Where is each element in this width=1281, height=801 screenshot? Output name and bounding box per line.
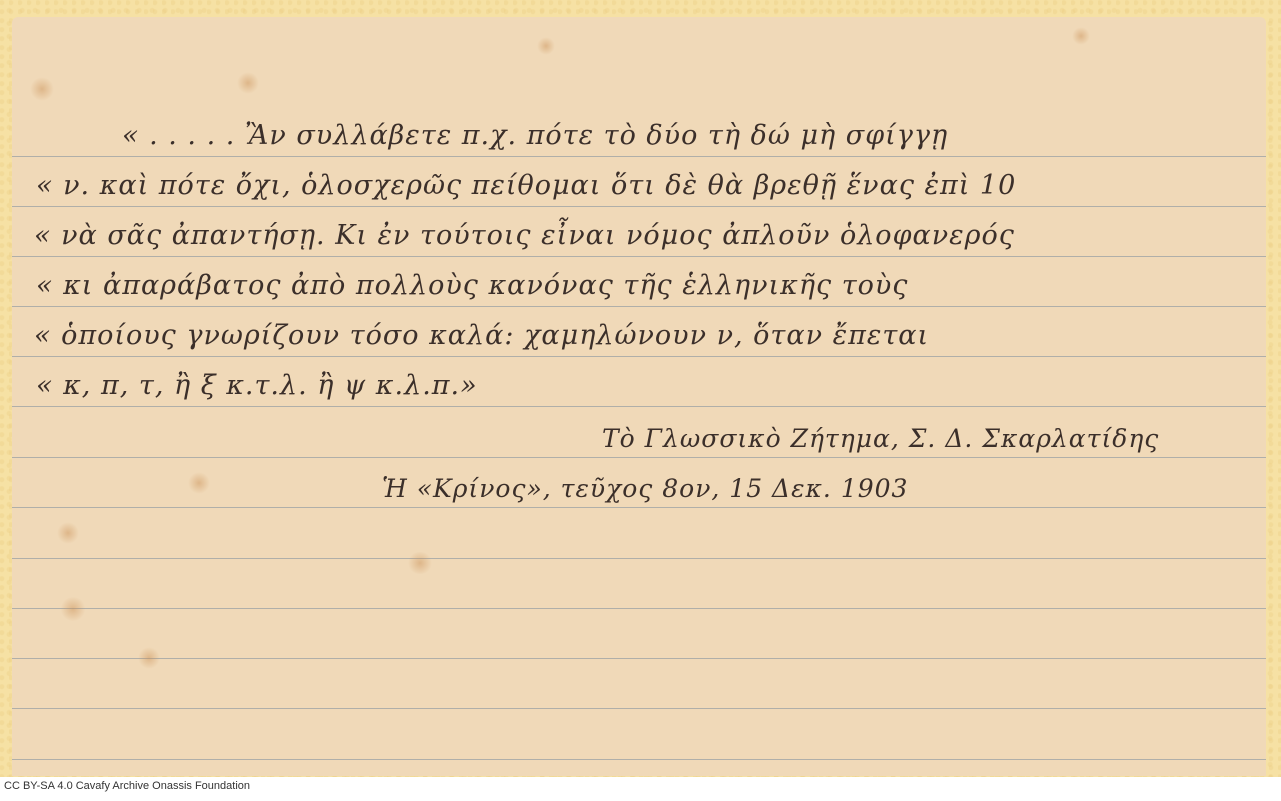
lined-card: « . . . . . Ἂν συλλάβετε π.χ. πότε τὸ δύ… [12,17,1266,776]
ruled-line [12,306,1266,307]
ruled-line [12,206,1266,207]
ruled-line [12,558,1266,559]
paper-stain [30,77,54,101]
ruled-line [12,708,1266,709]
ruled-line [12,759,1266,760]
ruled-line [12,608,1266,609]
handwritten-line-2: « ν. καὶ πότε ὄχι, ὁλοσχερῶς πείθομαι ὅτ… [36,170,1016,201]
paper-stain [407,552,433,574]
ruled-line [12,507,1266,508]
source-issue-line: Ἡ «Κρίνος», τεῦχος 8ον, 15 Δεκ. 1903 [382,474,908,503]
ruled-line [12,256,1266,257]
ruled-line [12,658,1266,659]
paper-stain [1072,27,1090,45]
paper-stain [57,522,79,544]
handwritten-line-3: « νὰ σᾶς ἀπαντήσῃ. Κι ἐν τούτοις εἶναι ν… [34,220,1015,251]
ruled-line [12,156,1266,157]
scan-background: « . . . . . Ἂν συλλάβετε π.χ. πότε τὸ δύ… [0,0,1281,777]
paper-stain [237,72,259,94]
paper-stain [60,597,86,621]
paper-stain [537,37,555,55]
handwritten-line-5: « ὁποίους γνωρίζουν τόσο καλά: χαμηλώνου… [34,320,929,351]
handwritten-line-1: « . . . . . Ἂν συλλάβετε π.χ. πότε τὸ δύ… [122,120,948,151]
ruled-line [12,406,1266,407]
ruled-line [12,457,1266,458]
license-credit: CC BY-SA 4.0 Cavafy Archive Onassis Foun… [4,780,250,792]
ruled-line [12,356,1266,357]
handwritten-line-6: « κ, π, τ, ἢ ξ κ.τ.λ. ἢ ψ κ.λ.π.» [36,370,478,401]
paper-stain [138,647,160,669]
source-title-line: Τὸ Γλωσσικὸ Ζήτημα, Σ. Δ. Σκαρλατίδης [602,424,1159,453]
paper-stain [188,472,210,494]
handwritten-line-4: « κι ἀπαράβατος ἀπὸ πολλοὺς κανόνας τῆς … [36,270,908,301]
